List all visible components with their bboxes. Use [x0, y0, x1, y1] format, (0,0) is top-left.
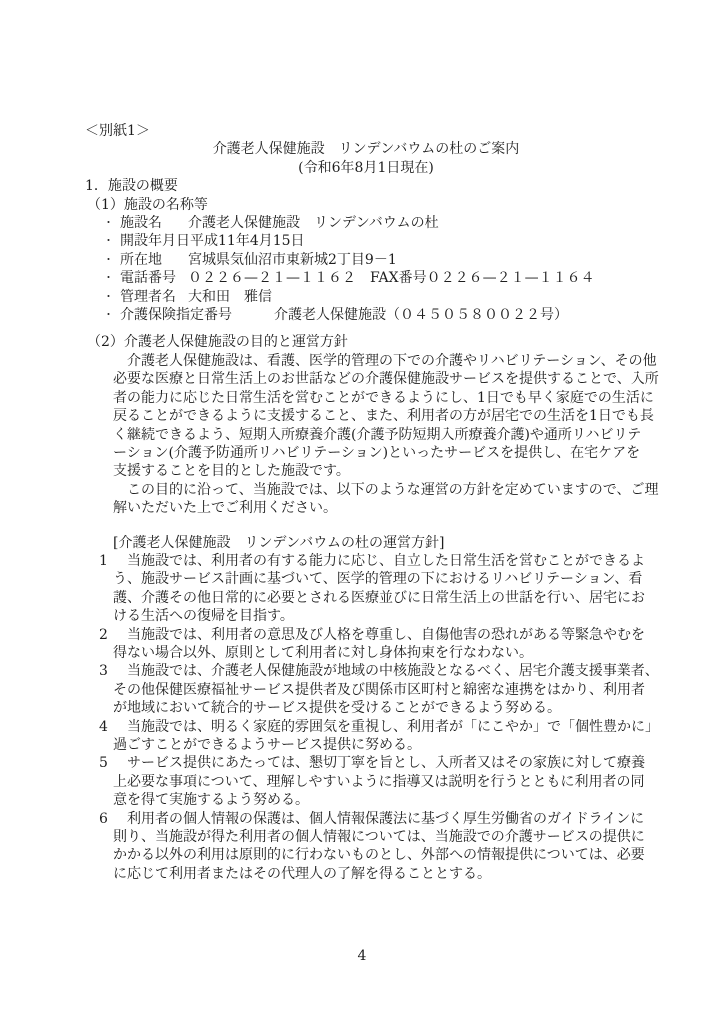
- section-1-1-heading: （1）施設の名称等: [87, 196, 647, 214]
- policy-item-5: 5 サービス提供にあたっては、懇切丁寧を旨とし、入所者又はその家族に対して療養 …: [113, 754, 647, 809]
- facility-value: ０２２６—２１—１１６２ FAX番号０２２６—２１—１１６４: [188, 269, 595, 287]
- policy-item-4: 4 当施設では、明るく家庭的雰囲気を重視し、利用者が「にこやか」で「個性豊かに」…: [113, 718, 647, 755]
- page-number: 4: [0, 948, 724, 964]
- section-1-2: （2）介護老人保健施設の目的と運営方針 介護老人保健施設は、看護、医学的管理の下…: [85, 333, 647, 883]
- bullet-icon: ・: [103, 288, 120, 306]
- bullet-icon: ・: [103, 214, 120, 232]
- policy-text: 当施設では、介護老人保健施設が地域の中核施設となるべく、居宅介護支援事業者、 そ…: [113, 662, 647, 717]
- facility-row-name: ・ 施設名 介護老人保健施設 リンデンバウムの杜: [103, 214, 647, 232]
- bullet-icon: ・: [103, 232, 120, 250]
- document-date-line: (令和6年8月1日現在): [85, 159, 647, 177]
- policy-item-6: 6 利用者の個人情報の保護は、個人情報保護法に基づく厚生労働省のガイドラインに …: [113, 810, 647, 884]
- policy-number: 2: [99, 626, 113, 644]
- facility-label: 所在地: [120, 251, 188, 269]
- facility-value: 平成11年4月15日: [190, 232, 305, 250]
- document-page: ＜別紙1＞ 介護老人保健施設 リンデンバウムの杜のご案内 (令和6年8月1日現在…: [85, 122, 647, 883]
- policy-text: 当施設では、利用者の意思及び人格を尊重し、自傷他害の恐れがある等緊急やむを 得な…: [113, 626, 647, 663]
- facility-value: 大和田 雅信: [188, 288, 272, 306]
- policy-list-heading: [介護老人保健施設 リンデンバウムの杜の運営方針]: [113, 534, 647, 552]
- policy-number: 1: [99, 552, 113, 570]
- bullet-icon: ・: [103, 251, 120, 269]
- facility-label: 管理者名: [120, 288, 188, 306]
- facility-row-phone: ・ 電話番号 ０２２６—２１—１１６２ FAX番号０２２６—２１—１１６４: [103, 269, 647, 287]
- purpose-paragraph-2: この目的に沿って、当施設では、以下のような運営の方針を定めていますので、ご理 解…: [113, 481, 647, 518]
- purpose-paragraph-1: 介護老人保健施設は、看護、医学的管理の下での介護やリハビリテーション、その他 必…: [113, 352, 647, 481]
- section-1-2-heading: （2）介護老人保健施設の目的と運営方針: [87, 333, 647, 351]
- attachment-label: ＜別紙1＞: [85, 122, 647, 140]
- facility-value: 宮城県気仙沼市東新城2丁目9－1: [188, 251, 397, 269]
- facility-row-manager: ・ 管理者名 大和田 雅信: [103, 288, 647, 306]
- policy-number: 4: [99, 718, 113, 736]
- facility-value: 介護老人保健施設 リンデンバウムの杜: [188, 214, 439, 232]
- facility-label: 施設名: [120, 214, 188, 232]
- policy-number: 6: [99, 810, 113, 828]
- policy-item-1: 1 当施設では、利用者の有する能力に応じ、自立した日常生活を営むことができるよ …: [113, 552, 647, 626]
- policy-number: 5: [99, 754, 113, 772]
- facility-label: 電話番号: [120, 269, 188, 287]
- facility-label: 開設年月日: [120, 232, 190, 250]
- facility-value: 介護老人保健施設（０４５０５８００２２号）: [274, 306, 568, 324]
- policy-number: 3: [99, 662, 113, 680]
- facility-label: 介護保険指定番号: [120, 306, 232, 324]
- policy-item-3: 3 当施設では、介護老人保健施設が地域の中核施設となるべく、居宅介護支援事業者、…: [113, 662, 647, 717]
- facility-row-address: ・ 所在地 宮城県気仙沼市東新城2丁目9－1: [103, 251, 647, 269]
- facility-row-insurance-number: ・ 介護保険指定番号 介護老人保健施設（０４５０５８００２２号）: [103, 306, 647, 324]
- facility-row-opening-date: ・ 開設年月日 平成11年4月15日: [103, 232, 647, 250]
- policy-text: 利用者の個人情報の保護は、個人情報保護法に基づく厚生労働省のガイドラインに 則り…: [113, 810, 647, 884]
- policy-text: 当施設では、明るく家庭的雰囲気を重視し、利用者が「にこやか」で「個性豊かに」 過…: [113, 718, 647, 755]
- section-1-heading: 1．施設の概要: [85, 177, 647, 195]
- bullet-icon: ・: [103, 306, 120, 324]
- bullet-icon: ・: [103, 269, 120, 287]
- policy-item-2: 2 当施設では、利用者の意思及び人格を尊重し、自傷他害の恐れがある等緊急やむを …: [113, 626, 647, 663]
- document-title: 介護老人保健施設 リンデンバウムの杜のご案内: [85, 140, 647, 158]
- policy-text: 当施設では、利用者の有する能力に応じ、自立した日常生活を営むことができるよ う、…: [113, 552, 647, 626]
- policy-text: サービス提供にあたっては、懇切丁寧を旨とし、入所者又はその家族に対して療養 上必…: [113, 754, 647, 809]
- facility-detail-list: ・ 施設名 介護老人保健施設 リンデンバウムの杜 ・ 開設年月日 平成11年4月…: [85, 214, 647, 324]
